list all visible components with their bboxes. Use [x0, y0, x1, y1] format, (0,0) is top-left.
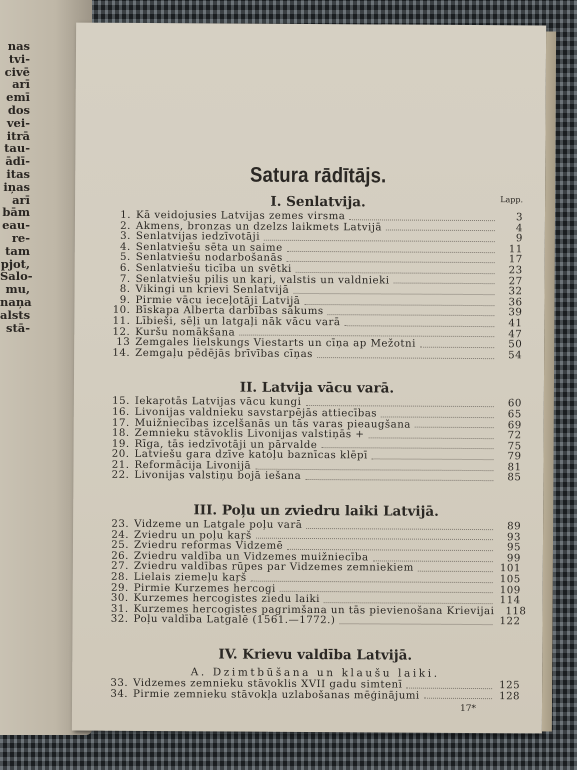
left-page-line: tam [0, 245, 30, 258]
dot-leader [293, 293, 494, 295]
dot-leader [349, 219, 495, 221]
dot-leader [415, 427, 494, 428]
toc-content: Satura rādītājs. I. Senlatvija. Lapp. 1.… [110, 163, 523, 715]
left-page-line: dos [0, 104, 30, 117]
page-column-label: Lapp. [500, 195, 523, 204]
entry-number: 14. [112, 349, 130, 360]
entry-page-number: 54 [498, 351, 522, 362]
dot-leader [324, 602, 493, 604]
dot-leader [339, 623, 492, 625]
dot-leader [280, 591, 493, 593]
dot-leader [418, 571, 493, 572]
toc-list-section-3: 23.Vidzeme un Latgale poļu varā8924.Zvie… [110, 520, 521, 628]
entry-title: Poļu valdība Latgalē (1561.—1772.) [133, 615, 335, 627]
dot-leader [264, 240, 495, 242]
page-title: Satura rādītājs. [138, 163, 499, 189]
entry-page-number: 65 [498, 410, 522, 421]
dot-leader [296, 272, 495, 274]
toc-entry: 34.Pirmie zemnieku stāvokļa uzlabošanas … [110, 689, 520, 702]
dot-leader [305, 405, 494, 407]
left-page-line: naņa [0, 296, 30, 309]
entry-number: 22. [111, 471, 129, 482]
dot-leader [381, 416, 494, 418]
dot-leader [287, 250, 495, 252]
section-heading-4: IV. Krievu valdība Latvijā. [110, 646, 520, 665]
left-page-line: itas [0, 168, 30, 181]
dot-leader [386, 230, 495, 232]
section-heading-3: III. Poļu un zviedru laiki Latvijā. [111, 502, 521, 521]
entry-page-number: 85 [497, 474, 521, 485]
toc-list-section-1: 1.Kā veidojusies Latvijas zemes virsma32… [112, 211, 523, 362]
left-page-line: alsts [0, 309, 30, 322]
dot-leader [287, 261, 495, 263]
dot-leader [256, 538, 493, 540]
dot-leader [424, 698, 492, 699]
entry-page-number: 41 [498, 319, 522, 330]
left-page-line: nas [0, 40, 30, 53]
dot-leader [287, 549, 493, 551]
entry-title: Zemgaļu pēdējās brīvības cīņas [135, 349, 313, 361]
left-page-line: re- [0, 232, 30, 245]
left-page-line: tvi- [0, 53, 30, 66]
left-page-line: vei- [0, 117, 30, 130]
dot-leader [406, 687, 492, 689]
dot-leader [373, 560, 493, 562]
entry-page-number: 122 [496, 618, 520, 629]
entry-title: Livonijas valstiņu bojā iešana [134, 471, 301, 483]
dot-leader [306, 528, 493, 530]
toc-page: Satura rādītājs. I. Senlatvija. Lapp. 1.… [72, 23, 546, 734]
left-page-line: stā- [0, 322, 30, 335]
dot-leader [317, 357, 494, 359]
entry-number: 32. [110, 615, 128, 626]
entry-page-number: 3 [499, 213, 523, 224]
entry-page-number: 128 [496, 692, 520, 703]
left-page-line: iņas [0, 181, 30, 194]
section-heading-2: II. Latvija vācu varā. [112, 379, 522, 398]
entry-number: 34. [110, 689, 128, 700]
signature-mark: 17* [110, 702, 520, 715]
dot-leader [372, 458, 494, 460]
section-heading-text: I. Senlatvija. [270, 194, 365, 211]
section-heading-1: I. Senlatvija. Lapp. [113, 193, 523, 212]
dot-leader [344, 325, 494, 327]
dot-leader [305, 479, 493, 481]
entry-title: Pirmie zemnieku stāvokļa uzlabošanas mēģ… [133, 690, 420, 702]
left-page-text-fragments: nastvi-civēarīemīdosvei-itrātau-ādī-itas… [0, 40, 30, 334]
entry-number: 16. [112, 408, 130, 419]
dot-leader [394, 283, 495, 285]
dot-leader [304, 304, 494, 306]
dot-leader [368, 437, 493, 439]
dot-leader [328, 314, 495, 316]
dot-leader [251, 580, 493, 582]
toc-list-section-4: 33.Vidzemes zemnieku stāvoklis XVII gadu… [110, 679, 520, 703]
dot-leader [420, 347, 494, 348]
toc-list-section-2: 15.Iekaŗotās Latvijas vācu kungi6016.Liv… [111, 397, 522, 484]
